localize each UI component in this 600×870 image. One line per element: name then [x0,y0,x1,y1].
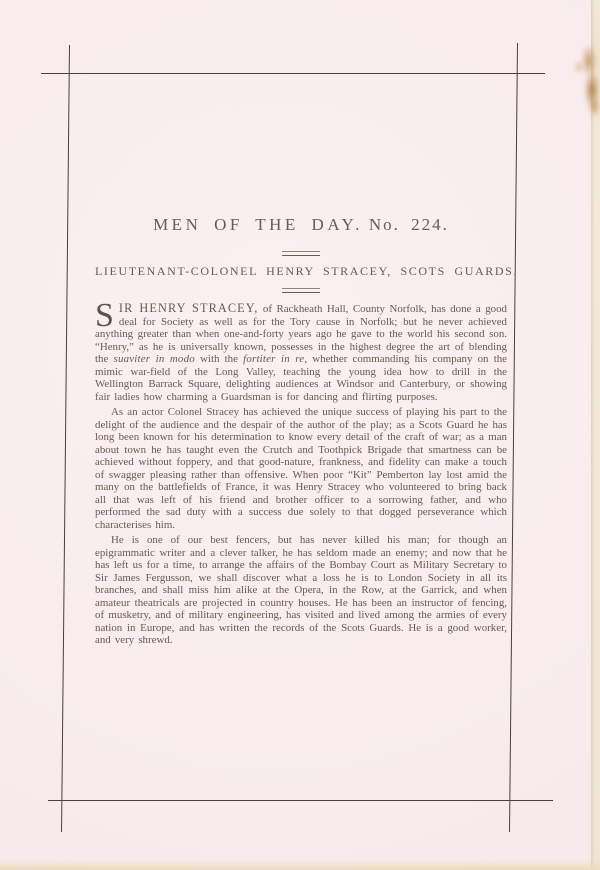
text-segment: with the [195,353,243,365]
italic-phrase: fortiter in re [243,353,304,365]
plate-border-left [61,45,70,832]
foxing-stain [574,60,584,74]
paper-edge-bottom [0,859,600,870]
plate-border-right [509,43,518,832]
paragraph: As an actor Colonel Stracey has achieved… [95,406,507,531]
page-title: MEN OF THE DAY.No. 224. [95,216,507,234]
plate-border-bottom [48,800,553,801]
text-segment: He is one of our best fencers, but has n… [95,534,507,646]
page-subtitle: LIEUTENANT-COLONEL HENRY STRACEY, SCOTS … [95,265,507,278]
paragraph: He is one of our best fencers, but has n… [95,534,507,647]
page-header: MEN OF THE DAY.No. 224. LIEUTENANT-COLON… [95,216,507,293]
article-body: SIR HENRY STRACEY, of Rackheath Hall, Co… [95,302,507,650]
drop-cap: S [95,302,119,328]
double-rule-divider [282,251,320,256]
double-rule-divider [282,288,320,293]
text-segment: As an actor Colonel Stracey has achieved… [95,406,507,531]
lead-small-caps: IR HENRY STRACEY, [119,301,258,315]
issue-number: No. 224. [369,215,449,234]
paper-edge-right [591,0,600,870]
foxing-stain [589,96,600,118]
italic-phrase: suaviter in modo [114,353,195,365]
paragraph: SIR HENRY STRACEY, of Rackheath Hall, Co… [95,302,507,403]
series-title: MEN OF THE DAY. [153,215,363,234]
plate-border-top [41,73,545,74]
printed-page: MEN OF THE DAY.No. 224. LIEUTENANT-COLON… [0,0,600,870]
